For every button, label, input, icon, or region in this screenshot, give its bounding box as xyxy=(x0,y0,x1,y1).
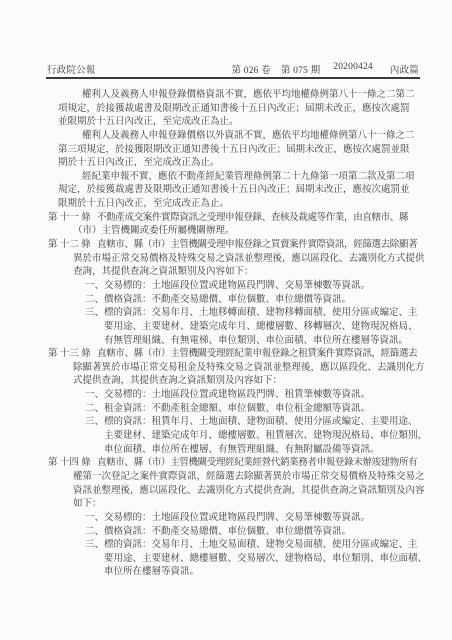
text-line: 資訊並整理後，應以區段化、去識別化方式提供查詢，其提供查詢之資訊類別及內容 xyxy=(48,485,420,499)
text-line: 二、租金資訊：不動產租金總額、車位個數、車位租金總額等資訊。 xyxy=(48,403,420,417)
article-number: 第 十一 條 xyxy=(48,212,97,226)
text-line: 經紀業申報不實，應依不動產經紀業管理條例第二十九條第一項第二款及第二項 xyxy=(48,171,420,185)
text-line: 期於十五日內改正，至完成改正為止。 xyxy=(48,157,420,171)
text-line: 主要建材、建築完成年月、總樓層數、租賃層次、建物現況格局、車位類別、 xyxy=(48,430,420,444)
text-line: 項規定，於接獲裁處書及限期改正通知書後十五日內改正；屆期未改正，應按次處罰 xyxy=(48,103,420,117)
article-line: 第 十四 條直轄市、縣（市）主管機關受理經紀業經營代銷業務者申報登錄未辦竣建物所… xyxy=(48,457,420,471)
text-line: 除顯著異於市場正常交易租金及特殊交易之資訊並整理後，應以區段化、去識別化方 xyxy=(48,362,420,376)
text-line: 要用途、主要建材、總樓層數、交易層次、建物格局、車位類別、車位面積、 xyxy=(48,553,420,567)
publication-title: 行政院公報 xyxy=(47,62,96,76)
issue-number-label: 第 075 期 xyxy=(281,62,320,76)
article-number: 第 十三 條 xyxy=(48,348,97,362)
publication-date: 20200424 xyxy=(333,62,373,76)
text-line: 二、價格資訊：不動產交易總價、車位個數、車位總價等資訊。 xyxy=(48,526,420,540)
article-line: 第 十二 條直轄市、縣（市）主管機關受理申報登錄之買賣案件實際資訊，經篩選去除顯… xyxy=(48,239,420,253)
text-line: 並限期於十五日內改正，至完成改正為止。 xyxy=(48,116,420,130)
text-line: 權利人及義務人申報登錄價格資訊不實，應依平均地權條例第八十一條之二第二 xyxy=(48,89,420,103)
text-line: （市）主管機關或委任所屬機關辦理。 xyxy=(48,225,420,239)
article-text: 直轄市、縣（市）主管機關受理申報登錄之買賣案件實際資訊，經篩選去除顯著 xyxy=(97,240,417,250)
article-text: 直轄市、縣（市）主管機關受理經紀業申報登錄之租賃案件實際資訊，經篩選去 xyxy=(97,349,417,359)
text-line: 一、交易標的：土地區段位置或建物區段門牌、交易筆棟數等資訊。 xyxy=(48,512,420,526)
text-line: 權第一次登記之案件實際資訊，經篩選去除顯著異於市場正常交易價格及特殊交易之 xyxy=(48,471,420,485)
text-line: 異於市場正常交易價格及特殊交易之資訊並整理後，應以區段化、去識別化方式提供 xyxy=(48,253,420,267)
text-line: 權利人及義務人申報登錄價格以外資訊不實，應依平均地權條例第八十一條之二 xyxy=(48,130,420,144)
text-line: 一、交易標的：土地區段位置或建物區段門牌、租賃筆棟數等資訊。 xyxy=(48,389,420,403)
volume-label: 第 026 卷 xyxy=(231,62,270,76)
text-line: 查詢，其提供查詢之資訊類別及內容如下： xyxy=(48,266,420,280)
text-line: 三、標的資訊：租賃年月、土地面積、建物面積、使用分區或編定、主要用途、 xyxy=(48,416,420,430)
section-label: 內政篇 xyxy=(390,62,419,76)
article-number: 第 十四 條 xyxy=(48,457,97,471)
header-rule xyxy=(46,77,420,79)
article-number: 第 十二 條 xyxy=(48,239,97,253)
issue-info: 第 026 卷 第 075 期 20200424 內政篇 xyxy=(231,62,419,76)
article-text: 不動產成交案件實際資訊之受理申報登錄、查核及裁處等作業，由直轄市、縣 xyxy=(97,213,408,223)
text-line: 第三項規定，於接獲限期改正通知書後十五日內改正；屆期未改正，應按次處罰並限 xyxy=(48,144,420,158)
text-line: 一、交易標的：土地區段位置或建物區段門牌、交易筆棟數等資訊。 xyxy=(48,280,420,294)
text-line: 如下： xyxy=(48,498,420,512)
page-header: 行政院公報 第 026 卷 第 075 期 20200424 內政篇 xyxy=(47,62,419,76)
text-line: 二、價格資訊：不動產交易總價、車位個數、車位總價等資訊。 xyxy=(48,294,420,308)
text-line: 規定，於接獲裁處書及限期改正通知書後十五日內改正；屆期未改正，應按次處罰並 xyxy=(48,184,420,198)
document-body: 權利人及義務人申報登錄價格資訊不實，應依平均地權條例第八十一條之二第二項規定，於… xyxy=(48,89,420,580)
article-line: 第 十一 條不動產成交案件實際資訊之受理申報登錄、查核及裁處等作業，由直轄市、縣 xyxy=(48,212,420,226)
text-line: 要用途、主要建材、建築完成年月、總樓層數、移轉層次、建物現況格局、 xyxy=(48,321,420,335)
text-line: 車位面積、車位所在樓層、有無管理組織、有無附屬設備等資訊。 xyxy=(48,444,420,458)
text-line: 三、標的資訊：交易年月、土地移轉面積、建物移轉面積、使用分區或編定、主 xyxy=(48,307,420,321)
text-line: 限期於十五日內改正，至完成改正為止。 xyxy=(48,198,420,212)
gazette-page: 行政院公報 第 026 卷 第 075 期 20200424 內政篇 權利人及義… xyxy=(0,0,452,640)
text-line: 有無管理組織、有無電梯、車位類別、車位面積、車位所在樓層等資訊。 xyxy=(48,335,420,349)
text-line: 式提供查詢，其提供查詢之資訊類別及內容如下： xyxy=(48,375,420,389)
article-line: 第 十三 條直轄市、縣（市）主管機關受理經紀業申報登錄之租賃案件實際資訊，經篩選… xyxy=(48,348,420,362)
article-text: 直轄市、縣（市）主管機關受理經紀業經營代銷業務者申報登錄未辦竣建物所有 xyxy=(97,458,417,468)
text-line: 三、標的資訊：交易年月、土地交易面積、建物交易面積、使用分區或編定、主 xyxy=(48,539,420,553)
text-line: 車位所在樓層等資訊。 xyxy=(48,566,420,580)
